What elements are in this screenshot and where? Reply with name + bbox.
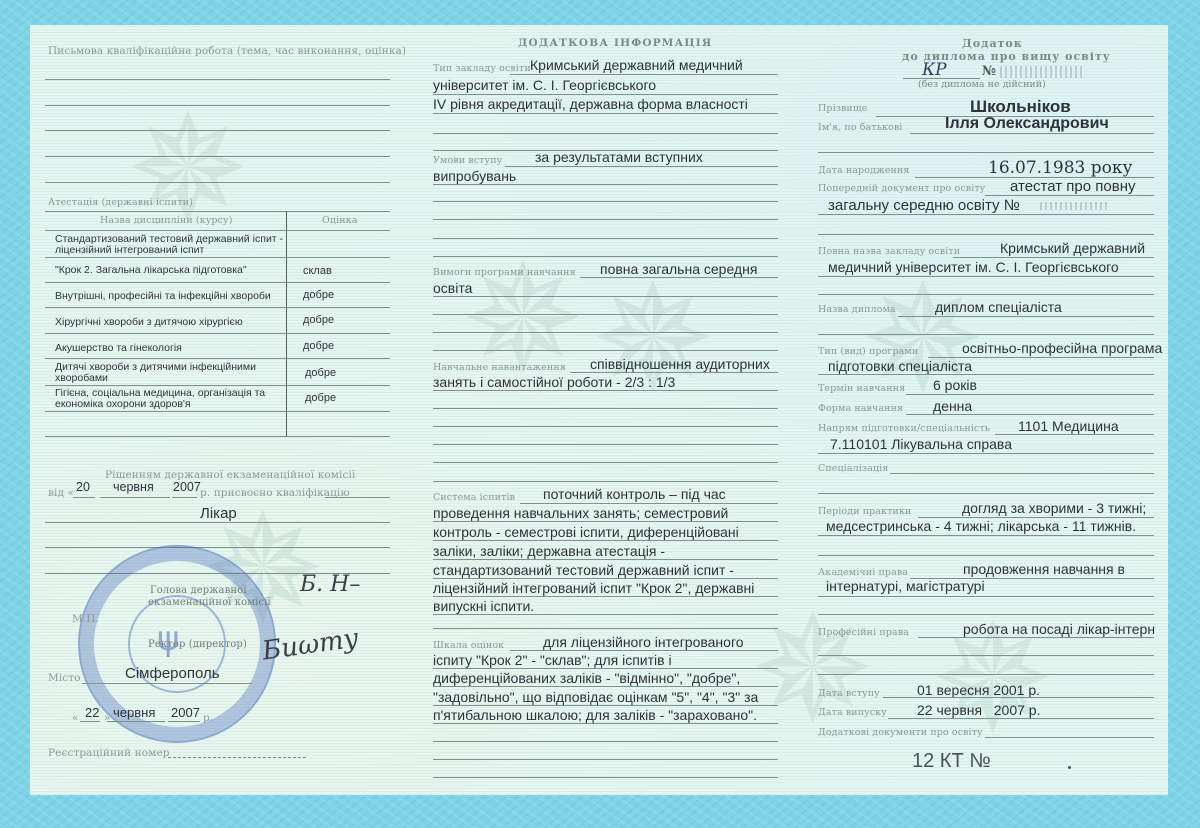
- field-line: [510, 650, 778, 651]
- grading-line-3: диференційованих заліків - "відмінно", "…: [433, 670, 740, 686]
- registration-label: Реєстраційний номер: [48, 747, 170, 759]
- table-header-discipline: Назва дисципліни (курсу): [100, 215, 233, 226]
- field-line: [985, 737, 1154, 738]
- exams-line-1: поточний контроль – під час: [543, 486, 726, 502]
- table-rule: [45, 385, 390, 386]
- field-line: [818, 234, 1154, 235]
- field-line: [505, 166, 778, 167]
- table-rule: [45, 333, 390, 334]
- field-line: [433, 238, 778, 239]
- field-line: [818, 614, 1154, 615]
- field-line: [818, 493, 1154, 494]
- field-line: [510, 74, 778, 75]
- field-line: [433, 256, 778, 257]
- duration-value: 6 років: [933, 377, 977, 393]
- prof-rights-value: робота на посаді лікар-інтерн: [963, 621, 1155, 637]
- academic-rights-label: Академічні права: [818, 567, 908, 578]
- field-line: [433, 741, 778, 742]
- field-line: [818, 655, 1154, 656]
- grad-date-value: 22 червня 2007 р.: [917, 702, 1040, 718]
- field-line: [890, 473, 1154, 474]
- field-line: [520, 503, 778, 504]
- diploma-name-value: диплом спеціаліста: [935, 299, 1062, 315]
- table-cell-discipline: Хірургічні хвороби з дитячою хірургією: [55, 317, 243, 328]
- field-line: [433, 390, 778, 391]
- program-type-line-1: освітньо-професійна програма: [962, 340, 1162, 356]
- direction-label: Напрям підготовки/спеціальність: [818, 423, 990, 434]
- exams-line-2: проведення навчальних занять; семестрови…: [433, 505, 728, 521]
- academic-rights-line-2: інтернатурі, магістратурі: [826, 578, 985, 594]
- direction-line-1: 1101 Медицина: [1018, 418, 1119, 434]
- field-line: [433, 686, 778, 687]
- field-line: [433, 113, 778, 114]
- institution-type-label: Тип закладу освіти: [433, 63, 531, 74]
- entry-date-value: 01 вересня 2001 р.: [917, 682, 1040, 698]
- table-cell-grade: добре: [303, 314, 334, 326]
- field-line: [433, 723, 778, 724]
- blank-line: [45, 105, 390, 106]
- grading-line-1: для ліцензійного інтегрованого: [543, 634, 744, 650]
- field-line: [818, 374, 1154, 375]
- table-header-grade: Оцінка: [322, 215, 357, 226]
- exams-line-7: випускні іспити.: [433, 598, 534, 614]
- field-line: [433, 759, 778, 760]
- field-line: [818, 555, 1154, 556]
- field-line: [818, 674, 1154, 675]
- blank-line: [107, 721, 165, 722]
- program-type-label: Тип (вид) програми: [818, 346, 918, 357]
- field-line: [898, 316, 1154, 317]
- blank-line: [172, 497, 197, 498]
- blank-line: [45, 182, 390, 183]
- chair-signature: Б. Н–: [300, 572, 360, 597]
- blank-line: [73, 497, 95, 498]
- field-line: [433, 462, 778, 463]
- workload-label: Навчальне навантаження: [433, 362, 566, 373]
- table-rule: [45, 307, 390, 308]
- chair-label-1: Голова державної: [150, 585, 247, 596]
- full-name-label: Повна назва закладу освіти: [818, 246, 960, 257]
- field-line: [433, 332, 778, 333]
- prof-rights-label: Професійні права: [818, 627, 909, 638]
- grading-line-5: п'ятибальною шкалою; для заліків - "зара…: [433, 707, 757, 723]
- field-line: [433, 596, 778, 597]
- field-line: [906, 394, 1154, 395]
- field-line: [433, 426, 778, 427]
- supplement-header: Додаток: [962, 37, 1023, 50]
- institution-type-line-3: IV рівня акредитації, державна форма вла…: [433, 96, 748, 112]
- table-rule: [45, 257, 390, 258]
- supplement-validity-note: (без диплома не дійсний): [918, 79, 1046, 90]
- table-cell-discipline: Стандартизований тестовий державний іспи…: [55, 234, 285, 256]
- full-name-line-2: медичний університет ім. С. І. Георгієвс…: [828, 259, 1119, 275]
- exams-line-4: заліки, заліки; державна атестація -: [433, 543, 665, 559]
- requirements-line-2: освіта: [433, 280, 472, 296]
- table-rule: [45, 211, 390, 212]
- table-rule: [45, 282, 390, 283]
- additional-info-title: ДОДАТКОВА ІНФОРМАЦІЯ: [518, 37, 712, 49]
- grading-line-4: "задовільно", що відповідає оцінкам "5",…: [433, 689, 758, 705]
- practice-line-1: догляд за хворими - 3 тижні;: [962, 500, 1146, 516]
- blank-line: [45, 79, 390, 80]
- blank-line: [45, 156, 390, 157]
- grad-date-label: Дата випуску: [818, 707, 887, 718]
- watermark-star: ✵: [590, 265, 716, 415]
- commission-from-label: від «: [48, 487, 74, 499]
- exams-line-5: стандартизований тестовий державний іспи…: [433, 562, 734, 578]
- additional-docs-label: Додаткові документи про освіту: [818, 727, 983, 738]
- field-line: [818, 535, 1154, 536]
- quote-mark: «: [72, 712, 79, 724]
- field-line: [433, 559, 778, 560]
- diploma-number-redacted: [1000, 66, 1085, 78]
- grading-line-2: іспиту "Крок 2" - "склав"; для іспитів і: [433, 652, 672, 668]
- form-value: денна: [933, 398, 972, 414]
- table-rule: [45, 436, 390, 437]
- table-cell-discipline: "Крок 2. Загальна лікарська підготовка": [55, 265, 247, 276]
- requirements-line-1: повна загальна середня: [600, 261, 757, 277]
- duration-label: Термін навчання: [818, 383, 905, 394]
- field-line: [433, 628, 778, 629]
- field-line: [818, 276, 1154, 277]
- table-cell-grade: склав: [303, 265, 332, 277]
- city-value: Сімферополь: [125, 665, 220, 682]
- field-line: [433, 201, 778, 202]
- table-rule: [45, 411, 390, 412]
- registration-number-redacted: [168, 757, 306, 758]
- blank-line: [168, 721, 200, 722]
- field-line: [818, 214, 1154, 215]
- program-type-line-2: підготовки спеціаліста: [828, 358, 972, 374]
- issue-year: 2007: [171, 705, 200, 720]
- field-line: [818, 294, 1154, 295]
- name-value: Ілля Олександрович: [945, 115, 1109, 133]
- field-line: [433, 705, 778, 706]
- exams-line-6: ліцензійний інтегрований іспит "Крок 2",…: [433, 580, 754, 596]
- field-line: [918, 637, 1154, 638]
- blank-line: [45, 547, 390, 548]
- field-line: [580, 277, 778, 278]
- prev-doc-line-1: атестат про повну: [1010, 178, 1136, 195]
- prev-doc-number-redacted: [1040, 202, 1110, 210]
- field-line: [928, 357, 1154, 358]
- field-line: [433, 578, 778, 579]
- blank-line: [80, 721, 100, 722]
- institution-type-line-2: університет ім. С. І. Георгієвського: [433, 77, 656, 93]
- requirements-label: Вимоги програми навчання: [433, 267, 576, 278]
- field-line: [433, 614, 778, 615]
- additional-docs-number-redacted: [1068, 766, 1071, 769]
- table-cell-grade: добре: [305, 367, 336, 379]
- field-line: [433, 184, 778, 185]
- field-line: [953, 257, 1154, 258]
- rector-label: Ректор (директор): [148, 639, 247, 650]
- practice-line-2: медсестринська - 4 тижні; лікарська - 11…: [826, 518, 1136, 534]
- surname-label: Прізвище: [818, 103, 868, 114]
- additional-docs-value: 12 КТ №: [912, 750, 991, 773]
- workload-line-2: занять і самостійної роботи - 2/3 : 1/3: [433, 374, 675, 390]
- field-line: [985, 195, 1154, 196]
- full-name-line-1: Кримський державний: [1000, 240, 1145, 256]
- blank-line: [45, 130, 390, 131]
- exams-label: Система іспитів: [433, 492, 515, 503]
- attestation-label: Атестація (державні іспити): [48, 197, 193, 208]
- form-label: Форма навчання: [818, 403, 903, 414]
- field-line: [918, 517, 1154, 518]
- prev-doc-line-2: загальну середню освіту №: [828, 197, 1020, 214]
- field-line: [433, 481, 778, 482]
- blank-line: [100, 497, 170, 498]
- city-label: Місто: [48, 672, 81, 684]
- table-cell-discipline: Гігієна, соціальна медицина, організація…: [55, 388, 287, 410]
- blank-line: [45, 522, 390, 523]
- diploma-number-label: №: [982, 64, 996, 79]
- field-line: [433, 668, 778, 669]
- field-line: [910, 578, 1154, 579]
- field-line: [570, 372, 778, 373]
- field-line: [818, 596, 1154, 597]
- table-cell-grade: добре: [303, 289, 334, 301]
- field-line: [888, 718, 1154, 719]
- field-line: [818, 152, 1154, 153]
- direction-line-2: 7.110101 Лікувальна справа: [830, 436, 1012, 452]
- exams-line-3: контроль - семестрові іспити, диференцій…: [433, 524, 739, 540]
- table-cell-discipline: Акушерство та гінекологія: [55, 343, 182, 354]
- field-line: [433, 314, 778, 315]
- commission-day: 20: [76, 480, 90, 494]
- table-cell-grade: добре: [305, 392, 336, 404]
- field-line: [433, 408, 778, 409]
- field-line: [433, 219, 778, 220]
- prev-doc-label: Попередній документ про освіту: [818, 183, 985, 194]
- table-rule: [45, 358, 390, 359]
- field-line: [433, 94, 778, 95]
- admission-line-1: за результатами вступних: [535, 149, 703, 165]
- entry-date-label: Дата вступу: [818, 688, 880, 699]
- field-line: [433, 296, 778, 297]
- thesis-label: Письмова кваліфікаційна робота (тема, ча…: [48, 45, 406, 57]
- table-rule: [45, 230, 390, 231]
- dob-value: 16.07.1983 року: [988, 158, 1132, 178]
- field-line: [433, 521, 778, 522]
- field-line: [910, 133, 1154, 134]
- commission-month: червня: [113, 480, 154, 494]
- diploma-name-label: Назва диплома: [818, 304, 896, 315]
- workload-line-1: співвідношення аудиторних: [590, 356, 770, 372]
- surname-value: Школьніков: [970, 97, 1071, 117]
- name-label: Ім'я, по батькові: [818, 122, 902, 133]
- practice-label: Періоди практики: [818, 506, 911, 517]
- field-line: [818, 334, 1154, 335]
- seal-label: М.П.: [72, 613, 99, 625]
- blank-line: [325, 497, 390, 498]
- issue-month: червня: [113, 705, 155, 720]
- diploma-series: КР: [922, 60, 947, 80]
- grading-label: Шкала оцінок: [433, 640, 504, 651]
- institution-type-line-1: Кримський державний медичний: [530, 57, 743, 73]
- field-line: [433, 540, 778, 541]
- admission-label: Умови вступу: [433, 155, 502, 166]
- table-cell-discipline: Внутрішні, професійні та інфекційні хвор…: [55, 291, 271, 302]
- field-line: [906, 414, 1154, 415]
- table-cell-grade: добре: [303, 340, 334, 352]
- chair-label-2: екзаменаційної комісії: [148, 597, 271, 608]
- dob-label: Дата народження: [818, 165, 910, 176]
- field-line: [433, 350, 778, 351]
- field-line: [818, 453, 1154, 454]
- qualification-value: Лікар: [200, 505, 237, 522]
- table-cell-discipline: Дитячі хвороби з дитячими інфекційними х…: [55, 362, 285, 384]
- issue-day: 22: [85, 705, 99, 720]
- field-line: [995, 434, 1154, 435]
- field-line: [433, 133, 778, 134]
- year-suffix: р.: [203, 712, 213, 724]
- field-line: [433, 444, 778, 445]
- blank-line: [82, 683, 252, 684]
- specialization-label: Спеціалізація: [818, 463, 888, 474]
- quote-mark: »: [104, 712, 111, 724]
- academic-rights-line-1: продовження навчання в: [963, 561, 1125, 577]
- commission-year: 2007: [173, 480, 201, 494]
- field-line: [883, 697, 1154, 698]
- field-line: [433, 777, 778, 778]
- admission-line-2: випробувань: [433, 168, 516, 184]
